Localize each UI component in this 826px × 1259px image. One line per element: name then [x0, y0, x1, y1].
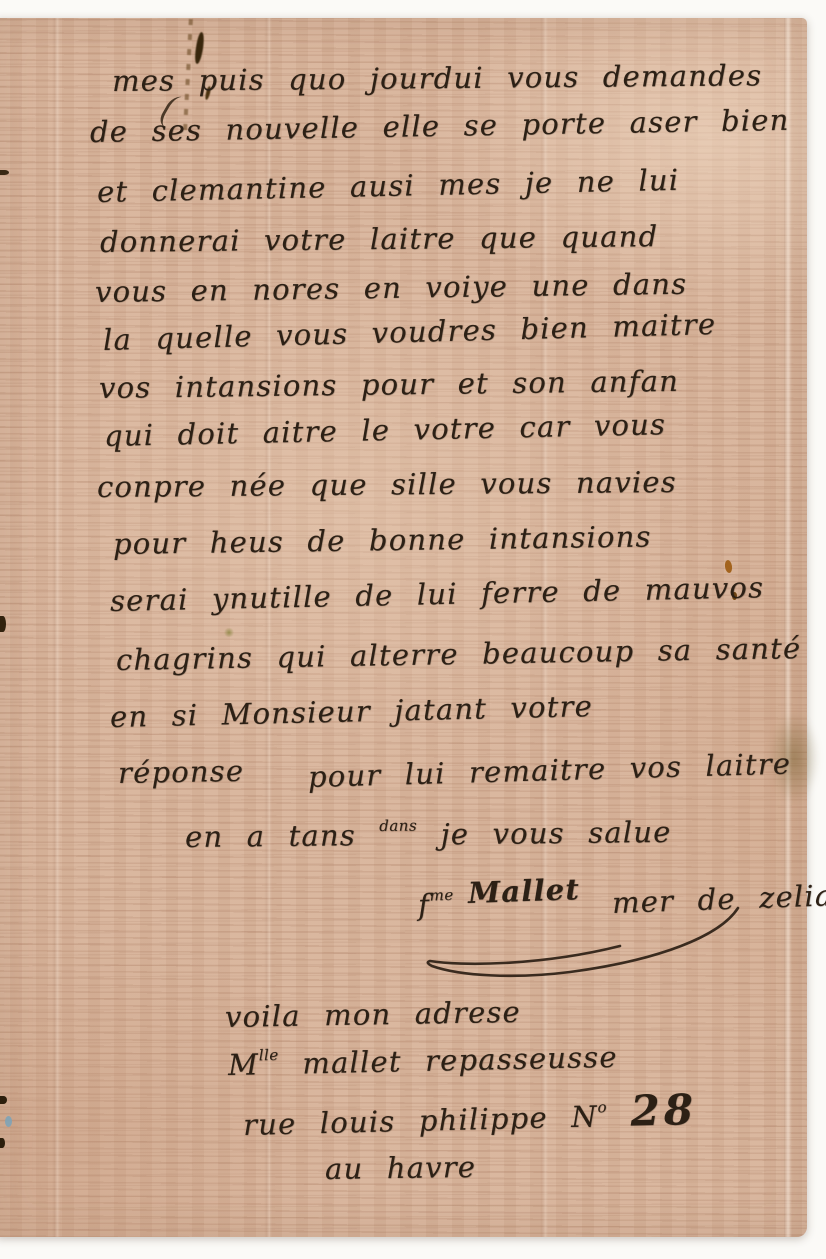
- edge-mark: [0, 1096, 7, 1104]
- letter-line: mes puis quo jourdui vous demandes: [112, 58, 763, 98]
- letter-scan: mes puis quo jourdui vous demandes de se…: [0, 0, 826, 1259]
- letter-line: conpre née que sille vous navies: [97, 465, 677, 504]
- paper-speck: [224, 628, 234, 637]
- signature-flourish: [420, 902, 760, 992]
- closing-post: je vous salue: [440, 815, 671, 851]
- address-name-superscript: lle: [259, 1046, 279, 1064]
- edge-mark: [0, 170, 9, 175]
- letter-line: vos intansions pour et son anfan: [99, 364, 679, 405]
- paper-speck: [5, 1116, 12, 1127]
- edge-mark: [0, 616, 6, 632]
- address-line: voila mon adrese: [225, 995, 521, 1034]
- address-name-prefix: M: [228, 1047, 260, 1082]
- closing-pre: en a tans: [185, 818, 356, 854]
- address-number: 28: [630, 1085, 698, 1136]
- address-line: au havre: [325, 1150, 477, 1186]
- closing-line: en a tans dans je vous salue: [185, 815, 672, 854]
- letter-line: donnerai votre laitre que quand: [100, 219, 659, 259]
- letter-line: réponse: [118, 754, 245, 790]
- address-number-label: N: [571, 1099, 598, 1134]
- address-street: rue louis philippe: [243, 1101, 548, 1142]
- edge-mark: [0, 1138, 5, 1148]
- closing-superscript: dans: [379, 817, 417, 835]
- address-name-rest: mallet repasseusse: [302, 1040, 618, 1081]
- address-number-superscript: o: [597, 1098, 607, 1116]
